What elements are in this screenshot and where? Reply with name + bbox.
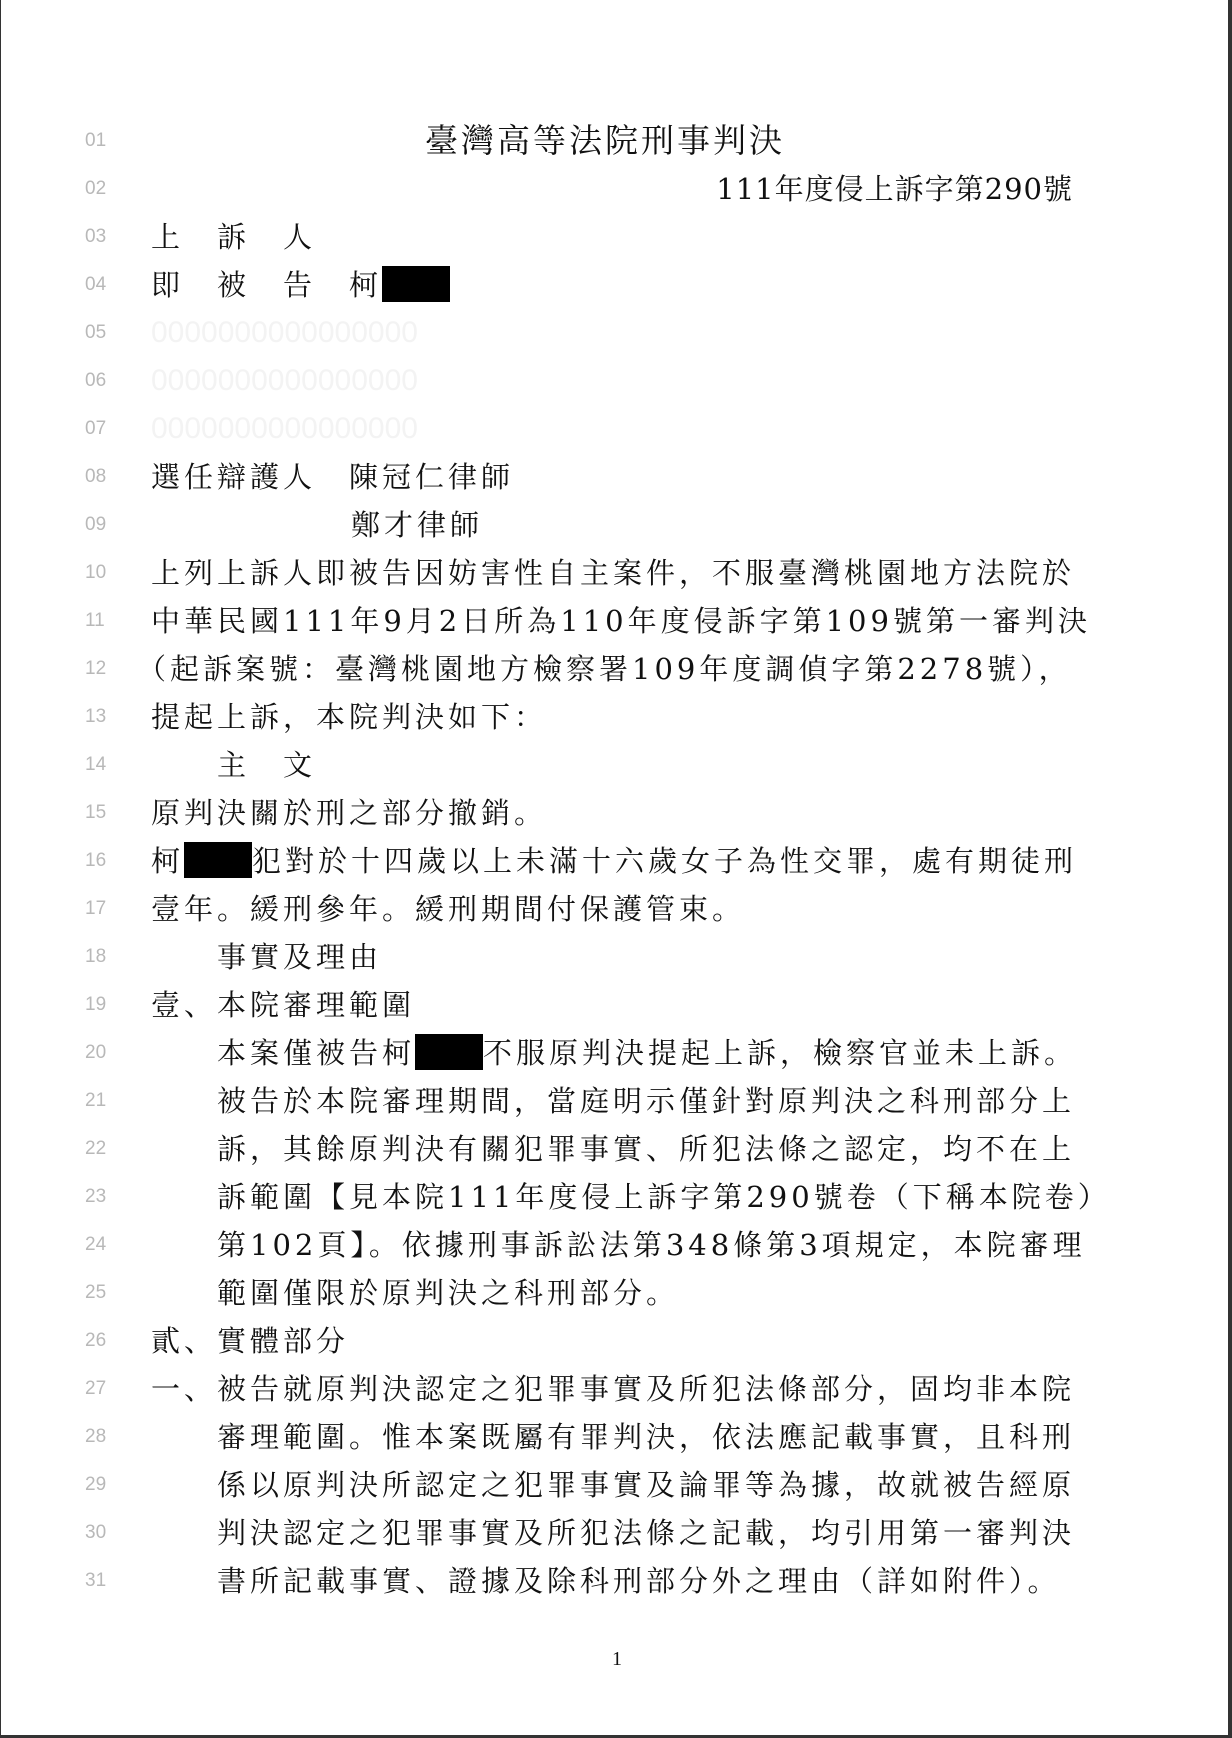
line-12: 12 （起訴案號：臺灣桃園地方檢察署109年度調偵字第2278號）， [1,645,1232,693]
line-14: 14 主 文 [1,741,1232,789]
placeholder-text: 0000000000000000 [151,405,418,453]
body-text: 第102頁】。依據刑事訴訟法第348條第3項規定，本院審理 [217,1221,1086,1269]
line-09: 09 鄭才律師 [1,501,1232,549]
line-number: 23 [85,1173,125,1221]
line-17: 17 壹年。緩刑參年。緩刑期間付保護管束。 [1,885,1232,933]
line-number: 01 [85,117,125,165]
line-10: 10 上列上訴人即被告因妨害性自主案件，不服臺灣桃園地方法院於 [1,549,1232,597]
placeholder-text: 0000000000000000 [151,357,418,405]
body-text: 審理範圍。惟本案既屬有罪判決，依法應記載事實，且科刑 [217,1413,1075,1461]
line-11: 11 中華民國111年9月2日所為110年度侵訴字第109號第一審判決 [1,597,1232,645]
line-number: 26 [85,1317,125,1365]
line-02: 02 111年度侵上訴字第290號 [1,165,1232,213]
line-number: 09 [85,501,125,549]
line-27: 27 一、被告就原判決認定之犯罪事實及所犯法條部分，固均非本院 [1,1365,1232,1413]
line-number: 31 [85,1557,125,1605]
line-22: 22 訴，其餘原判決有關犯罪事實、所犯法條之認定，均不在上 [1,1125,1232,1173]
line-31: 31 書所記載事實、證據及除科刑部分外之理由（詳如附件）。 [1,1557,1232,1605]
line-29: 29 係以原判決所認定之犯罪事實及論罪等為據，故就被告經原 [1,1461,1232,1509]
line-number: 19 [85,981,125,1029]
line-08: 08 選任辯護人 陳冠仁律師 [1,453,1232,501]
document-title: 臺灣高等法院刑事判決 [425,117,785,165]
defense-counsel-2: 鄭才律師 [351,501,483,549]
line-number: 16 [85,837,125,885]
line-23: 23 訴範圍【見本院111年度侵上訴字第290號卷（下稱本院卷） [1,1173,1232,1221]
body-text: 上列上訴人即被告因妨害性自主案件，不服臺灣桃園地方法院於 [151,549,1075,597]
line-number: 14 [85,741,125,789]
line-07: 07 0000000000000000 [1,405,1232,453]
line-number: 25 [85,1269,125,1317]
line-number: 15 [85,789,125,837]
line-24: 24 第102頁】。依據刑事訴訟法第348條第3項規定，本院審理 [1,1221,1232,1269]
line-18: 18 事實及理由 [1,933,1232,981]
body-text: 本案僅被告柯不服原判決提起上訴，檢察官並未上訴。 [217,1029,1077,1077]
line-number: 27 [85,1365,125,1413]
line-number: 28 [85,1413,125,1461]
redaction-block [184,842,252,878]
line-30: 30 判決認定之犯罪事實及所犯法條之記載，均引用第一審判決 [1,1509,1232,1557]
subsection-heading: 貳、實體部分 [151,1317,349,1365]
case-number: 111年度侵上訴字第290號 [716,165,1073,213]
line-28: 28 審理範圍。惟本案既屬有罪判決，依法應記載事實，且科刑 [1,1413,1232,1461]
line-06: 06 0000000000000000 [1,357,1232,405]
line-number: 06 [85,357,125,405]
page-number: 1 [1,1648,1232,1671]
body-text: 係以原判決所認定之犯罪事實及論罪等為據，故就被告經原 [217,1461,1075,1509]
body-text: 提起上訴，本院判決如下： [151,693,547,741]
defendant-label: 即 被 告 柯 [151,268,382,302]
line-number: 03 [85,213,125,261]
line-number: 20 [85,1029,125,1077]
line-number: 10 [85,549,125,597]
line-number: 08 [85,453,125,501]
body-text: 書所記載事實、證據及除科刑部分外之理由（詳如附件）。 [217,1557,1061,1605]
subsection-heading: 壹、本院審理範圍 [151,981,415,1029]
party-label-appellant: 上 訴 人 [151,213,316,261]
body-text: 訴範圍【見本院111年度侵上訴字第290號卷（下稱本院卷） [217,1173,1111,1221]
defense-counsel: 選任辯護人 陳冠仁律師 [151,453,514,501]
line-number: 18 [85,933,125,981]
line-number: 24 [85,1221,125,1269]
line-03: 03 上 訴 人 [1,213,1232,261]
line-number: 04 [85,261,125,309]
line-01: 01 臺灣高等法院刑事判決 [1,117,1232,165]
line-25: 25 範圍僅限於原判決之科刑部分。 [1,1269,1232,1317]
line-number: 21 [85,1077,125,1125]
body-text: （起訴案號：臺灣桃園地方檢察署109年度調偵字第2278號）， [137,645,1072,693]
line-number: 17 [85,885,125,933]
line-number: 22 [85,1125,125,1173]
document-page: 01 臺灣高等法院刑事判決 02 111年度侵上訴字第290號 03 上 訴 人… [0,0,1232,1738]
line-05: 05 0000000000000000 [1,309,1232,357]
line-number: 11 [85,597,125,645]
line-number: 05 [85,309,125,357]
body-text: 判決認定之犯罪事實及所犯法條之記載，均引用第一審判決 [217,1509,1075,1557]
line-number: 13 [85,693,125,741]
body-text: 原判決關於刑之部分撤銷。 [151,789,547,837]
redaction-block [382,266,450,302]
party-defendant: 即 被 告 柯 [151,261,450,309]
line-number: 02 [85,165,125,213]
body-text: 被告於本院審理期間，當庭明示僅針對原判決之科刑部分上 [217,1077,1075,1125]
body-text: 柯犯對於十四歲以上未滿十六歲女子為性交罪，處有期徒刑 [151,837,1077,885]
section-heading-facts-reasons: 事實及理由 [217,933,382,981]
line-20: 20 本案僅被告柯不服原判決提起上訴，檢察官並未上訴。 [1,1029,1232,1077]
line-04: 04 即 被 告 柯 [1,261,1232,309]
body-text: 範圍僅限於原判決之科刑部分。 [217,1269,679,1317]
line-number: 29 [85,1461,125,1509]
body-text: 壹年。緩刑參年。緩刑期間付保護管束。 [151,885,745,933]
body-text: 一、被告就原判決認定之犯罪事實及所犯法條部分，固均非本院 [151,1365,1075,1413]
line-number: 30 [85,1509,125,1557]
line-26: 26 貳、實體部分 [1,1317,1232,1365]
line-19: 19 壹、本院審理範圍 [1,981,1232,1029]
line-number: 07 [85,405,125,453]
line-13: 13 提起上訴，本院判決如下： [1,693,1232,741]
line-15: 15 原判決關於刑之部分撤銷。 [1,789,1232,837]
line-number: 12 [85,645,125,693]
line-21: 21 被告於本院審理期間，當庭明示僅針對原判決之科刑部分上 [1,1077,1232,1125]
line-16: 16 柯犯對於十四歲以上未滿十六歲女子為性交罪，處有期徒刑 [1,837,1232,885]
body-text: 訴，其餘原判決有關犯罪事實、所犯法條之認定，均不在上 [217,1125,1075,1173]
redaction-block [415,1034,483,1070]
body-text: 中華民國111年9月2日所為110年度侵訴字第109號第一審判決 [151,597,1091,645]
placeholder-text: 0000000000000000 [151,309,418,357]
section-heading-main-text: 主 文 [217,741,316,789]
